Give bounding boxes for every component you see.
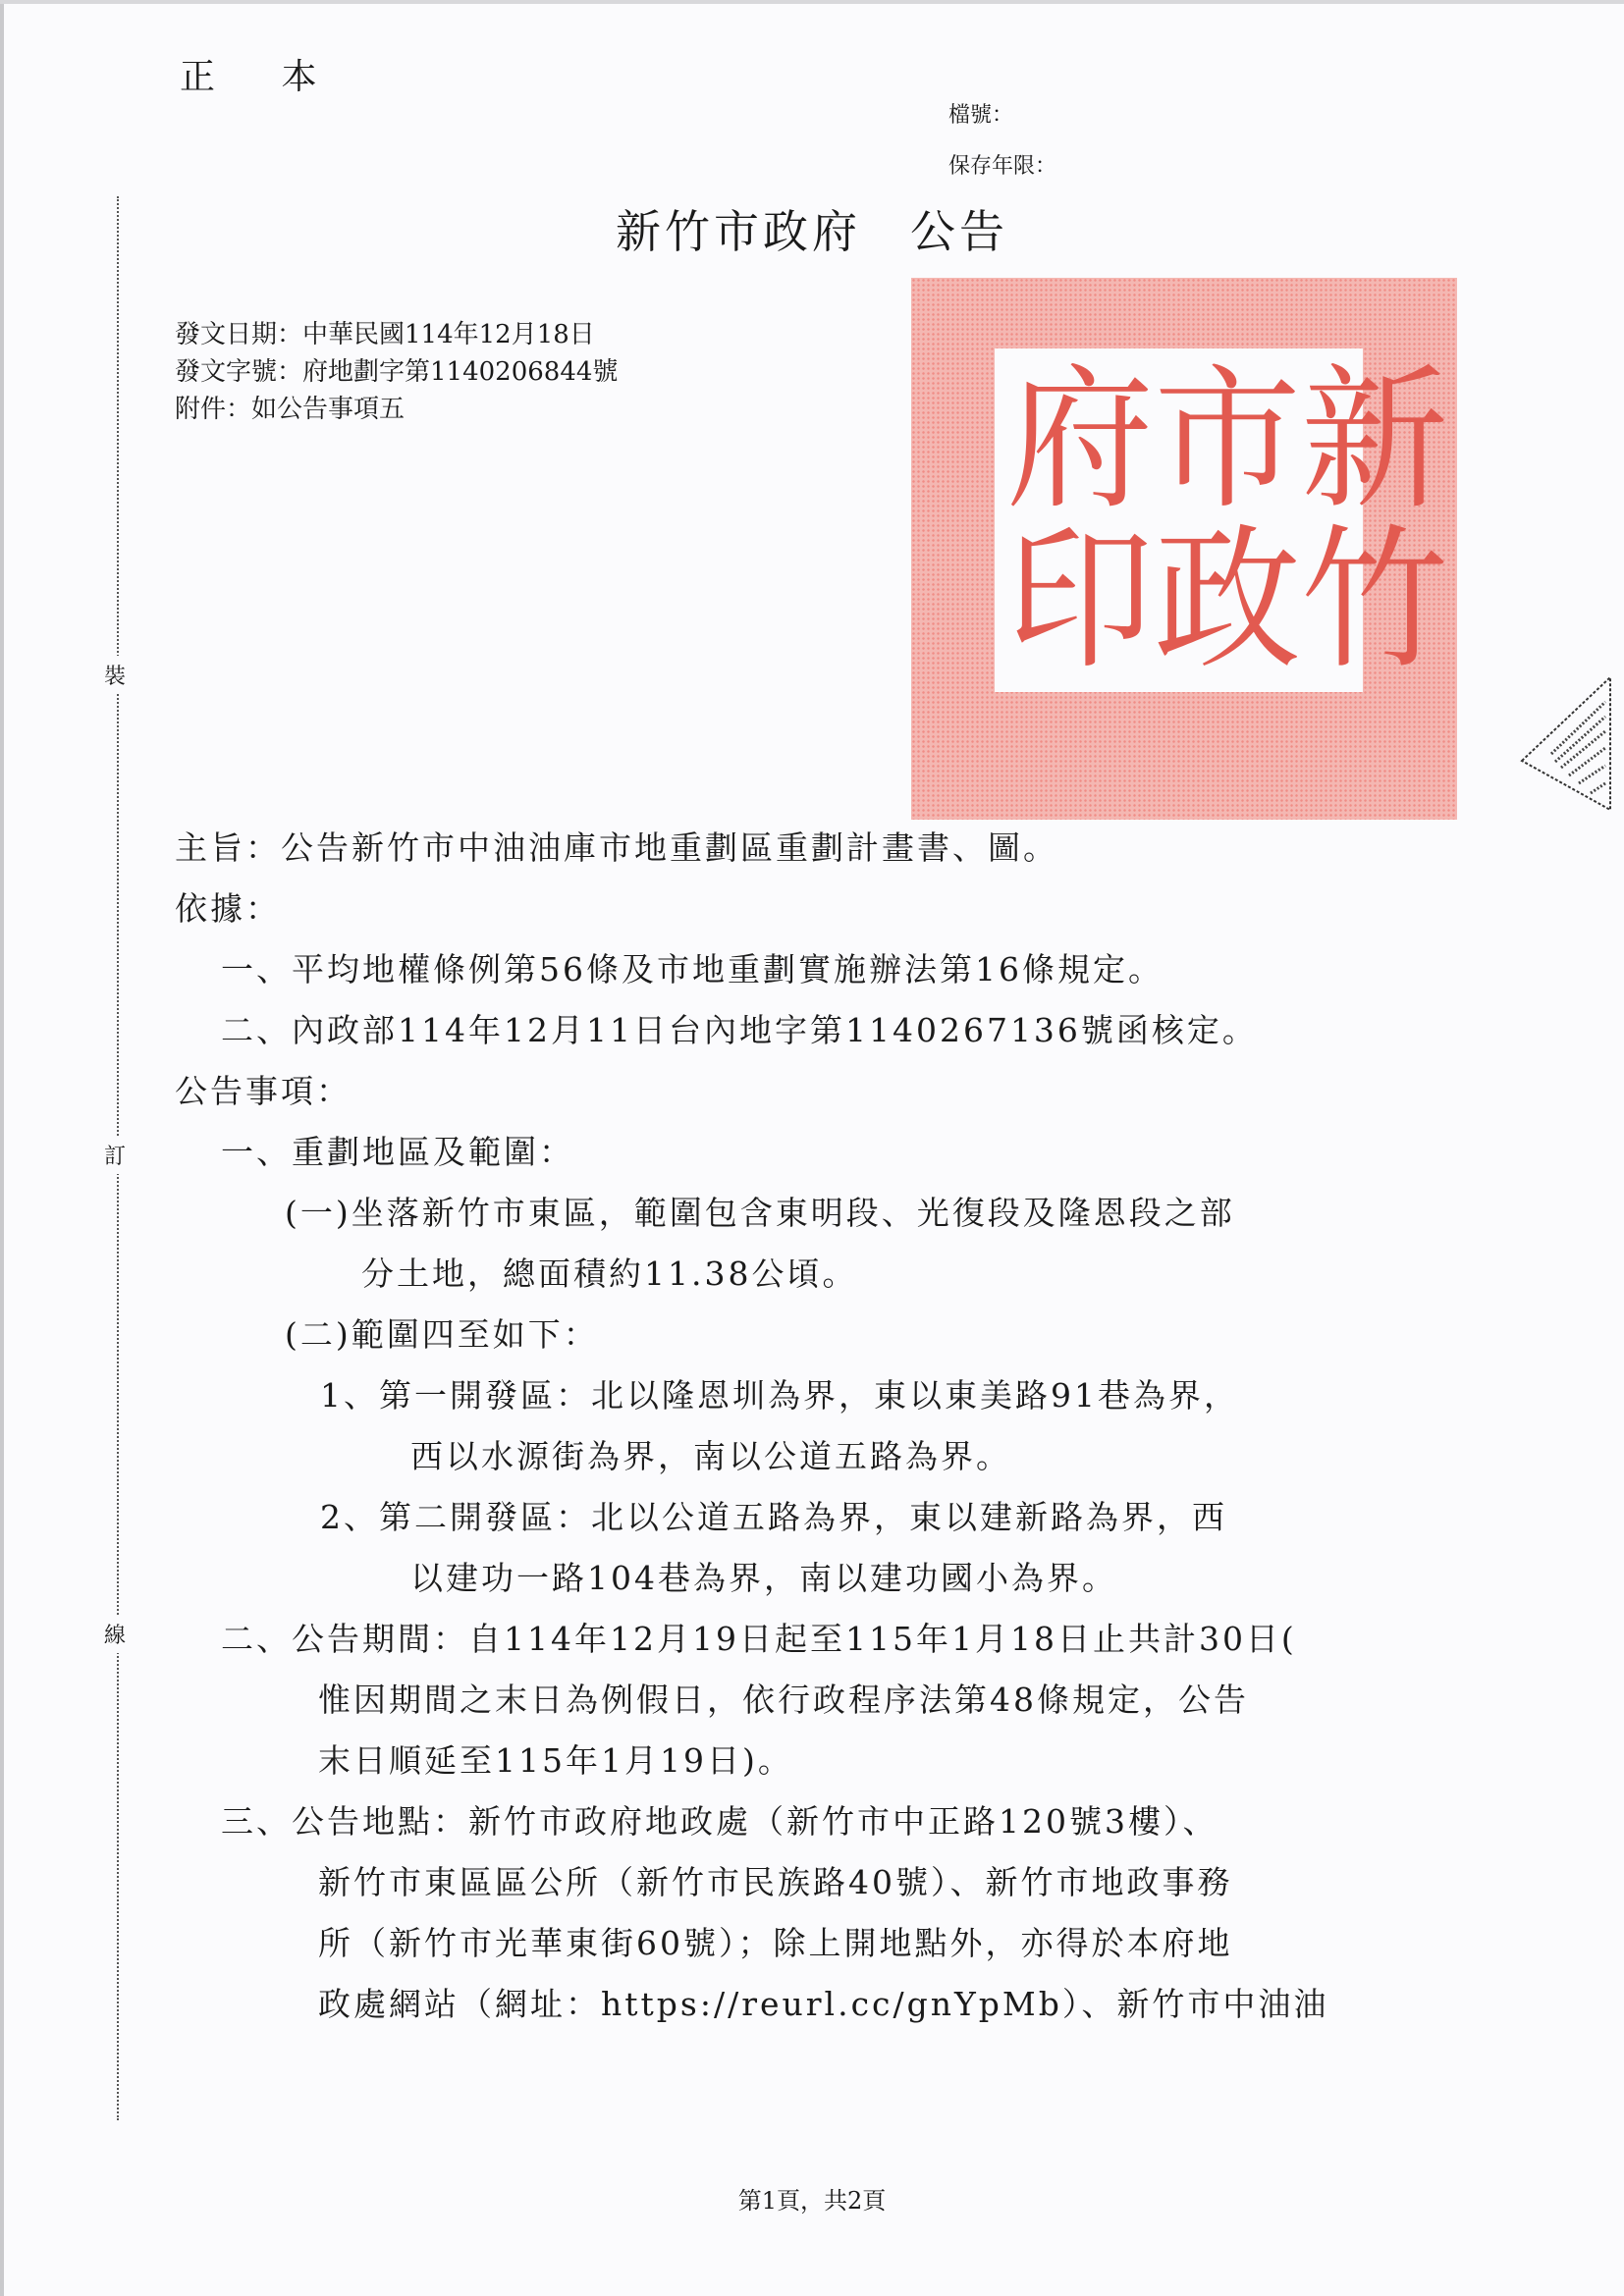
notice-item-cont: 末日順延至115年1月19日)。 bbox=[318, 1735, 793, 1782]
seal-char: 新 bbox=[1301, 363, 1448, 518]
seal-char: 政 bbox=[1154, 523, 1301, 678]
issue-info: 發文日期：中華民國114年12月18日 發文字號：府地劃字第1140206844… bbox=[175, 316, 618, 428]
file-meta: 檔號： 保存年限： bbox=[948, 90, 1066, 192]
binding-mark-xian: 線 bbox=[104, 1615, 126, 1653]
notice-item-cont: 政處網站（網址：https://reurl.cc/gnYpMb）、新竹市中油油 bbox=[318, 1979, 1328, 2025]
seal-char: 竹 bbox=[1301, 523, 1448, 678]
notice-subitem: (一)坐落新竹市東區，範圍包含東明段、光復段及隆恩段之部 bbox=[285, 1188, 1235, 1234]
retention-period-label: 保存年限： bbox=[948, 141, 1066, 192]
notice-item: 一、重劃地區及範圍： bbox=[221, 1127, 574, 1173]
binding-mark-zhuang: 裝 bbox=[104, 656, 126, 694]
notice-subitem-cont: 分土地，總面積約11.38公頃。 bbox=[361, 1249, 857, 1295]
scan-edge-left bbox=[0, 0, 4, 2296]
agency-name: 新竹市政府 bbox=[616, 196, 861, 261]
boundary-item: 1、第一開發區：北以隆恩圳為界，東以東美路91巷為界， bbox=[320, 1370, 1239, 1416]
document-type: 公告 bbox=[910, 196, 1008, 261]
issue-date: 發文日期：中華民國114年12月18日 bbox=[175, 316, 618, 353]
binding-mark-ding: 訂 bbox=[104, 1136, 126, 1174]
issue-number: 發文字號：府地劃字第1140206844號 bbox=[175, 353, 618, 391]
scan-edge-top bbox=[0, 0, 1624, 4]
page-number: 第1頁，共2頁 bbox=[0, 2181, 1624, 2216]
page-title: 新竹市政府公告 bbox=[0, 196, 1624, 261]
official-seal-stamp: 府 市 新 印 政 竹 bbox=[911, 278, 1457, 820]
notice-item-cont: 新竹市東區區公所（新竹市民族路40號）、新竹市地政事務 bbox=[318, 1857, 1233, 1903]
seal-inner-field: 府 市 新 印 政 竹 bbox=[995, 348, 1363, 692]
seal-glyphs: 府 市 新 印 政 竹 bbox=[1006, 360, 1351, 680]
boundary-item: 2、第二開發區：北以公道五路為界，東以建新路為界，西 bbox=[320, 1492, 1227, 1538]
notice-items-heading: 公告事項： bbox=[175, 1066, 352, 1112]
file-number-label: 檔號： bbox=[948, 90, 1066, 141]
attachment: 附件：如公告事項五 bbox=[175, 391, 618, 428]
notice-item-cont: 所（新竹市光華東街60號）；除上開地點外，亦得於本府地 bbox=[318, 1918, 1233, 1964]
seal-char: 印 bbox=[1006, 523, 1154, 678]
basis-item: 一、平均地權條例第56條及市地重劃實施辦法第16條規定。 bbox=[221, 944, 1164, 990]
notice-item: 二、公告期間：自114年12月19日起至115年1月18日止共計30日( bbox=[221, 1614, 1297, 1660]
basis-item: 二、內政部114年12月11日台內地字第1140267136號函核定。 bbox=[221, 1005, 1258, 1051]
boundary-item-cont: 以建功一路104巷為界，南以建功國小為界。 bbox=[410, 1553, 1117, 1599]
notice-subitem: (二)範圍四至如下： bbox=[285, 1309, 599, 1356]
original-copy-mark: 正 本 bbox=[180, 49, 344, 99]
notice-item: 三、公告地點：新竹市政府地政處（新竹市中正路120號3樓）、 bbox=[221, 1796, 1218, 1842]
seal-char: 府 bbox=[1006, 363, 1154, 518]
notice-item-cont: 惟因期間之末日為例假日，依行政程序法第48條規定，公告 bbox=[318, 1675, 1249, 1721]
seal-char: 市 bbox=[1154, 363, 1301, 518]
boundary-item-cont: 西以水源街為界，南以公道五路為界。 bbox=[410, 1431, 1011, 1477]
basis-heading: 依據： bbox=[175, 883, 281, 930]
partial-barcode-icon bbox=[1512, 667, 1624, 815]
subject-line: 主旨：公告新竹市中油油庫市地重劃區重劃計畫書、圖。 bbox=[175, 823, 1058, 869]
